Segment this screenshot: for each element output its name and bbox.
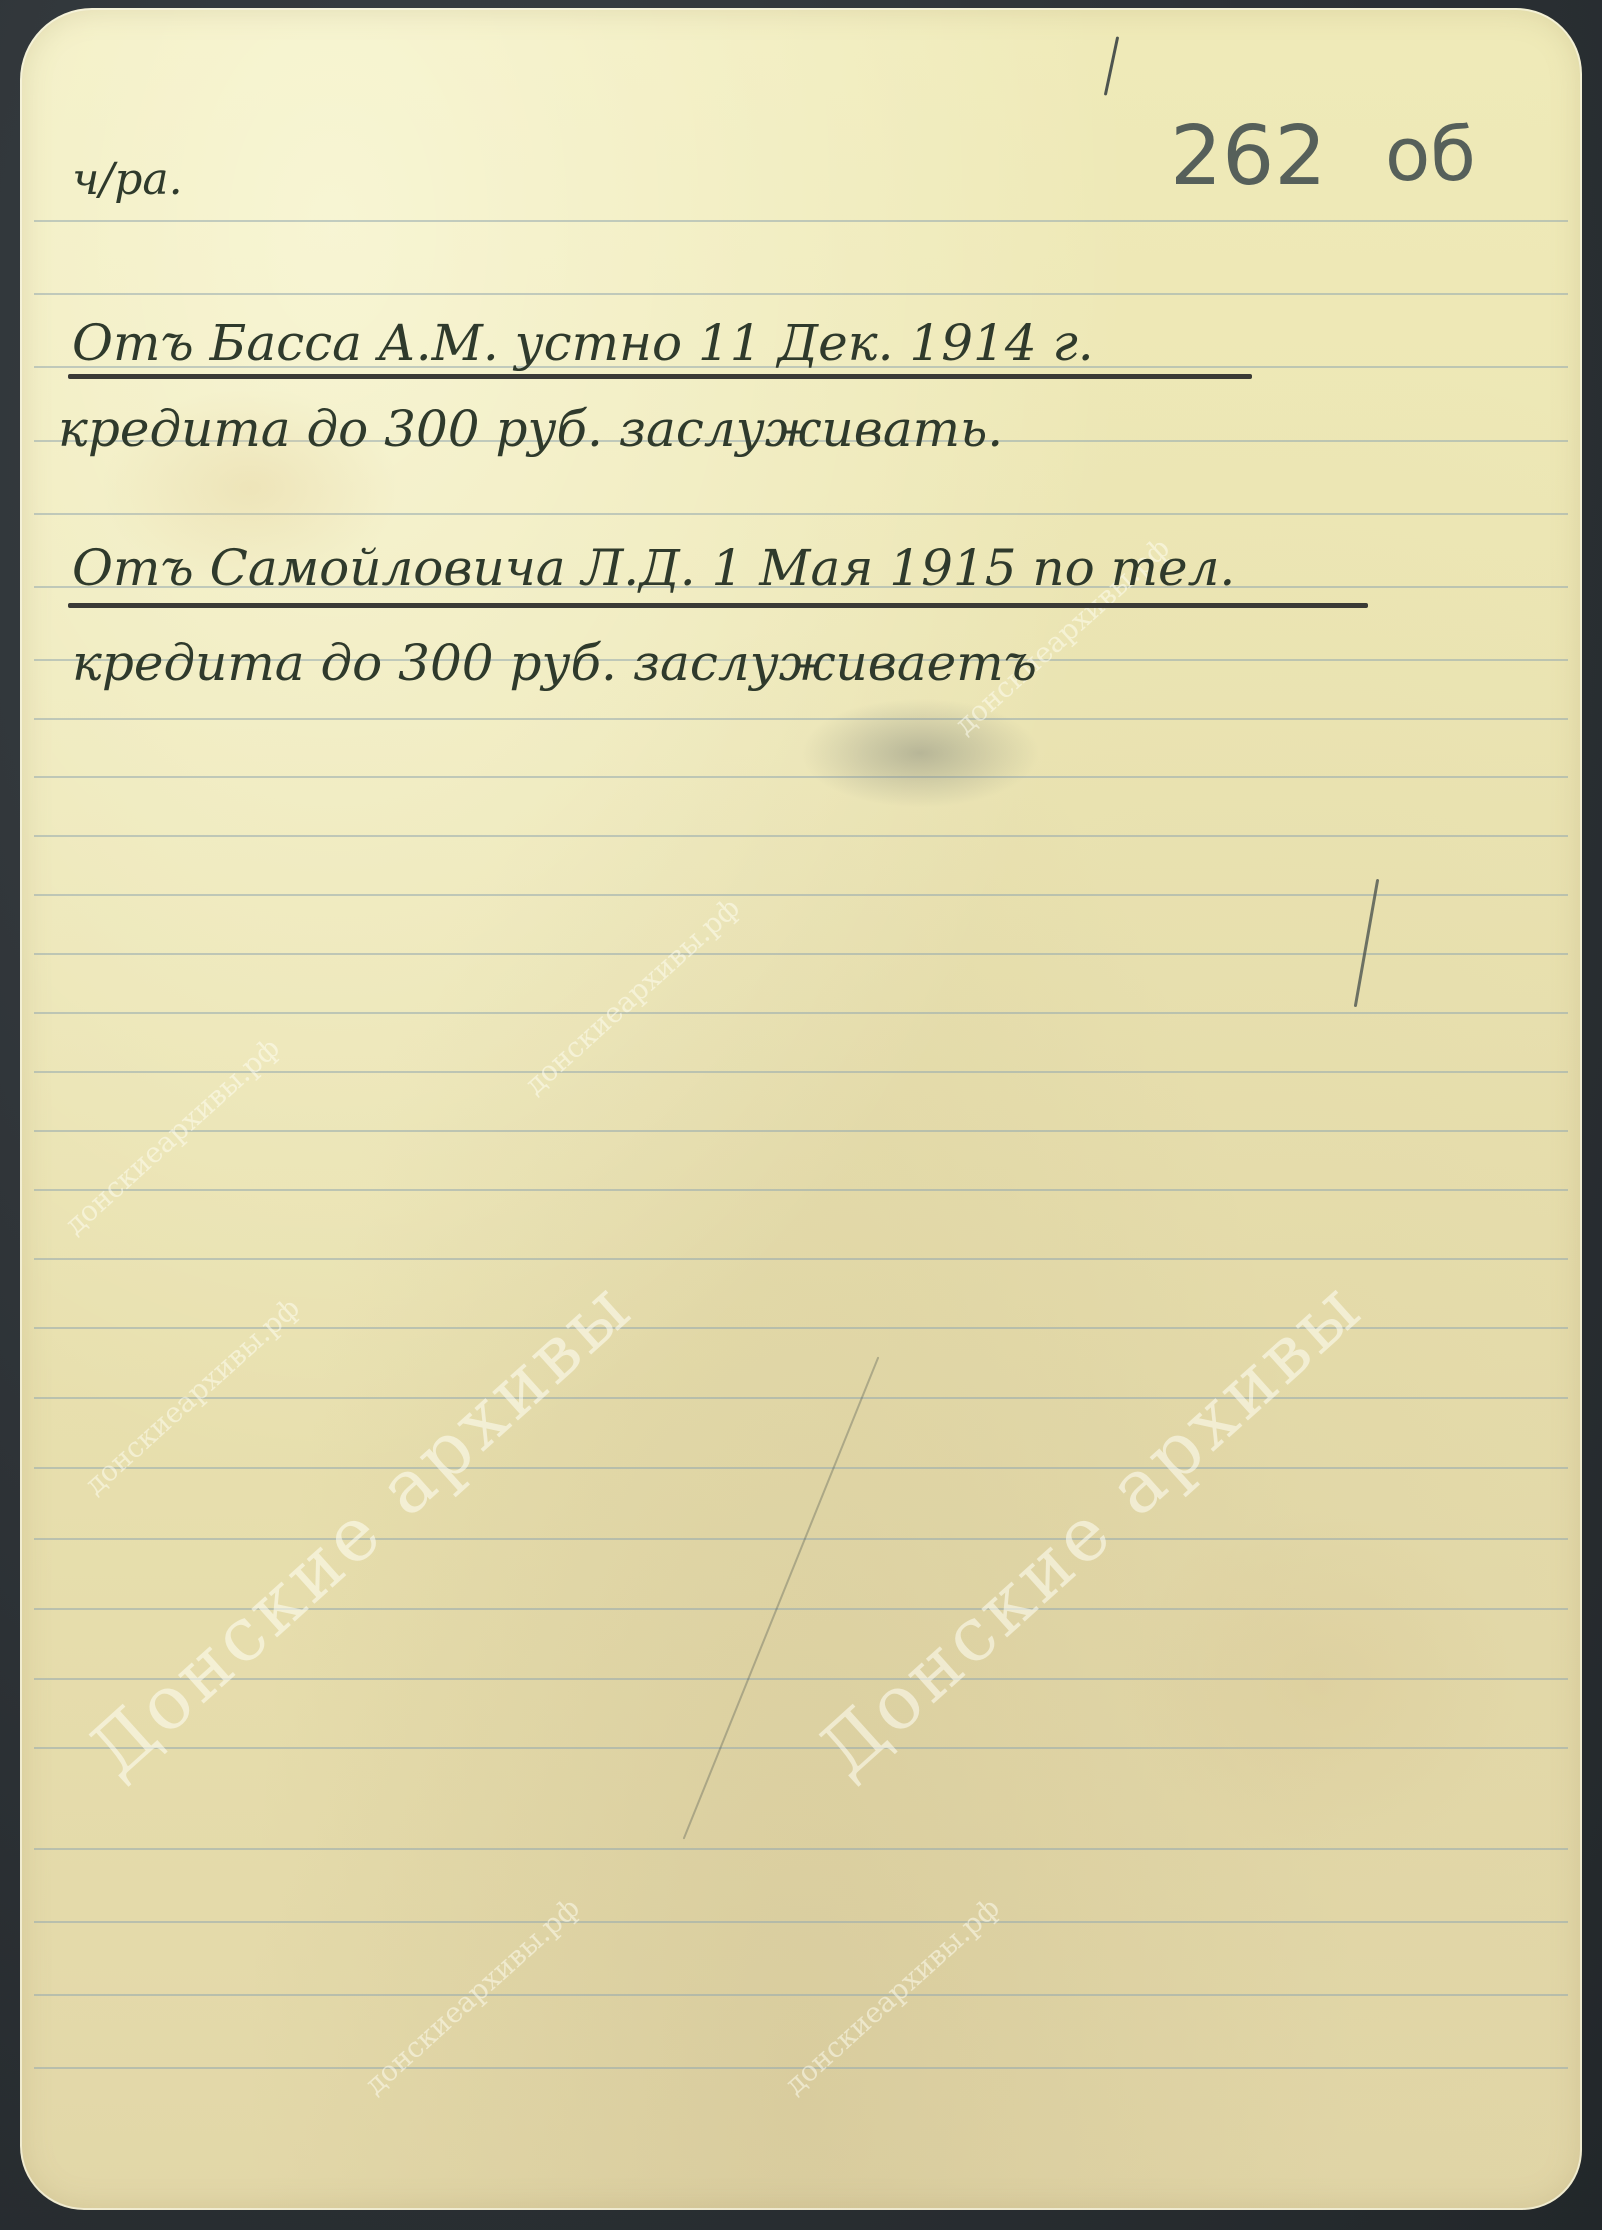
margin-note: ч/ра. [72,158,183,202]
folio-suffix: об [1385,118,1476,192]
folio-tick-mark [1104,36,1119,95]
entry-1-underline [68,374,1252,379]
ink-smudge [800,698,1040,808]
entry-2-underline [68,603,1368,608]
archival-card: Донские архивы Донские архивы донскиеарх… [20,8,1582,2210]
watermark-large: Донские архивы [72,1263,648,1794]
watermark-small: донскиеархивы.рф [778,1891,1006,2101]
pencil-stroke [683,1357,880,1840]
watermark-small: донскиеархивы.рф [78,1291,306,1501]
pencil-stroke [1354,879,1380,1008]
entry-1-line-1: Отъ Басса А.М. устно 11 Дек. 1914 г. [72,318,1094,368]
watermark-large: Донские архивы [802,1263,1378,1794]
folio-number: 262 [1170,116,1327,198]
entry-2-line-2: кредита до 300 руб. заслуживаетъ [72,638,1037,688]
entry-1-line-2: кредита до 300 руб. заслуживать. [58,404,1003,454]
watermark-small: донскиеархивы.рф [58,1031,286,1241]
watermark-small: донскиеархивы.рф [518,891,746,1101]
entry-2-line-1: Отъ Самойловича Л.Д. 1 Мая 1915 по тел. [72,543,1235,593]
watermark-small: донскиеархивы.рф [358,1891,586,2101]
